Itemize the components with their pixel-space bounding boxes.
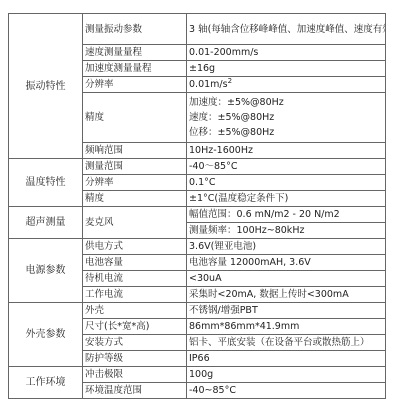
param-label: 供电方式 (83, 239, 187, 255)
param-value: 电池容量 12000mAH, 3.6V (187, 255, 386, 271)
param-label: 频响范围 (83, 143, 187, 159)
param-label: 待机电流 (83, 271, 187, 287)
param-label: 防护等级 (83, 351, 187, 367)
table-row: 温度特性 测量范围 -40～85°C (9, 159, 386, 175)
param-value: 加速度：±5%@80Hz 速度：±5%@80Hz 位移：±5%@80Hz (187, 93, 386, 143)
value-line: 位移：±5%@80Hz (189, 125, 383, 140)
param-value: ±1°C(温度稳定条件下) (187, 191, 386, 207)
param-value: 幅值范围：0.6 mN/m2 - 20 N/m2 (187, 207, 386, 223)
spec-table: 振动特性 测量振动参数 3 轴(每轴含位移峰峰值、加速度峰值、速度有效值) 速度… (8, 13, 386, 399)
param-value: 测量频率：100Hz~80kHz (187, 223, 386, 239)
param-value: 3.6V(锂亚电池) (187, 239, 386, 255)
param-label: 分辨率 (83, 175, 187, 191)
category-environment: 工作环境 (9, 367, 83, 399)
param-value: 采集时<20mA, 数据上传时<300mA (187, 287, 386, 303)
param-value: 3 轴(每轴含位移峰峰值、加速度峰值、速度有效值) (187, 14, 386, 45)
param-value: 不锈钢/增强PBT (187, 303, 386, 319)
table-row: 外壳参数 外壳 不锈钢/增强PBT (9, 303, 386, 319)
param-label: 麦克风 (83, 207, 187, 239)
table-row: 振动特性 测量振动参数 3 轴(每轴含位移峰峰值、加速度峰值、速度有效值) (9, 14, 386, 45)
param-value: 100g (187, 367, 386, 383)
param-label: 精度 (83, 93, 187, 143)
category-temperature: 温度特性 (9, 159, 83, 207)
param-label: 加速度测量量程 (83, 61, 187, 77)
category-vibration: 振动特性 (9, 14, 83, 159)
param-label: 速度测量量程 (83, 45, 187, 61)
param-value: IP66 (187, 351, 386, 367)
param-label: 精度 (83, 191, 187, 207)
param-value: 铝卡、平底安装（在设备平台或散热筋上） (187, 335, 386, 351)
param-label: 安装方式 (83, 335, 187, 351)
table-row: 超声测量 麦克风 幅值范围：0.6 mN/m2 - 20 N/m2 (9, 207, 386, 223)
param-value: ±16g (187, 61, 386, 77)
param-label: 测量范围 (83, 159, 187, 175)
category-housing: 外壳参数 (9, 303, 83, 367)
param-value: 10Hz-1600Hz (187, 143, 386, 159)
param-label: 尺寸(长*宽*高) (83, 319, 187, 335)
param-label: 环境温度范围 (83, 383, 187, 399)
param-label: 测量振动参数 (83, 14, 187, 45)
param-value: 0.01m/s2 (187, 77, 386, 93)
param-value: -40～85°C (187, 159, 386, 175)
value-line: 加速度：±5%@80Hz (189, 95, 383, 110)
value-line: 速度：±5%@80Hz (189, 110, 383, 125)
param-label: 外壳 (83, 303, 187, 319)
param-label: 冲击极限 (83, 367, 187, 383)
value-text: 0.01m/s (189, 79, 228, 90)
table-row: 工作环境 冲击极限 100g (9, 367, 386, 383)
param-value: 0.1°C (187, 175, 386, 191)
category-ultrasonic: 超声测量 (9, 207, 83, 239)
param-label: 电池容量 (83, 255, 187, 271)
param-value: 0.01-200mm/s (187, 45, 386, 61)
param-value: 86mm*86mm*41.9mm (187, 319, 386, 335)
value-superscript: 2 (228, 77, 232, 85)
category-power: 电源参数 (9, 239, 83, 303)
param-label: 工作电流 (83, 287, 187, 303)
param-value: -40~85°C (187, 383, 386, 399)
param-label: 分辨率 (83, 77, 187, 93)
table-row: 电源参数 供电方式 3.6V(锂亚电池) (9, 239, 386, 255)
param-value: <30uA (187, 271, 386, 287)
